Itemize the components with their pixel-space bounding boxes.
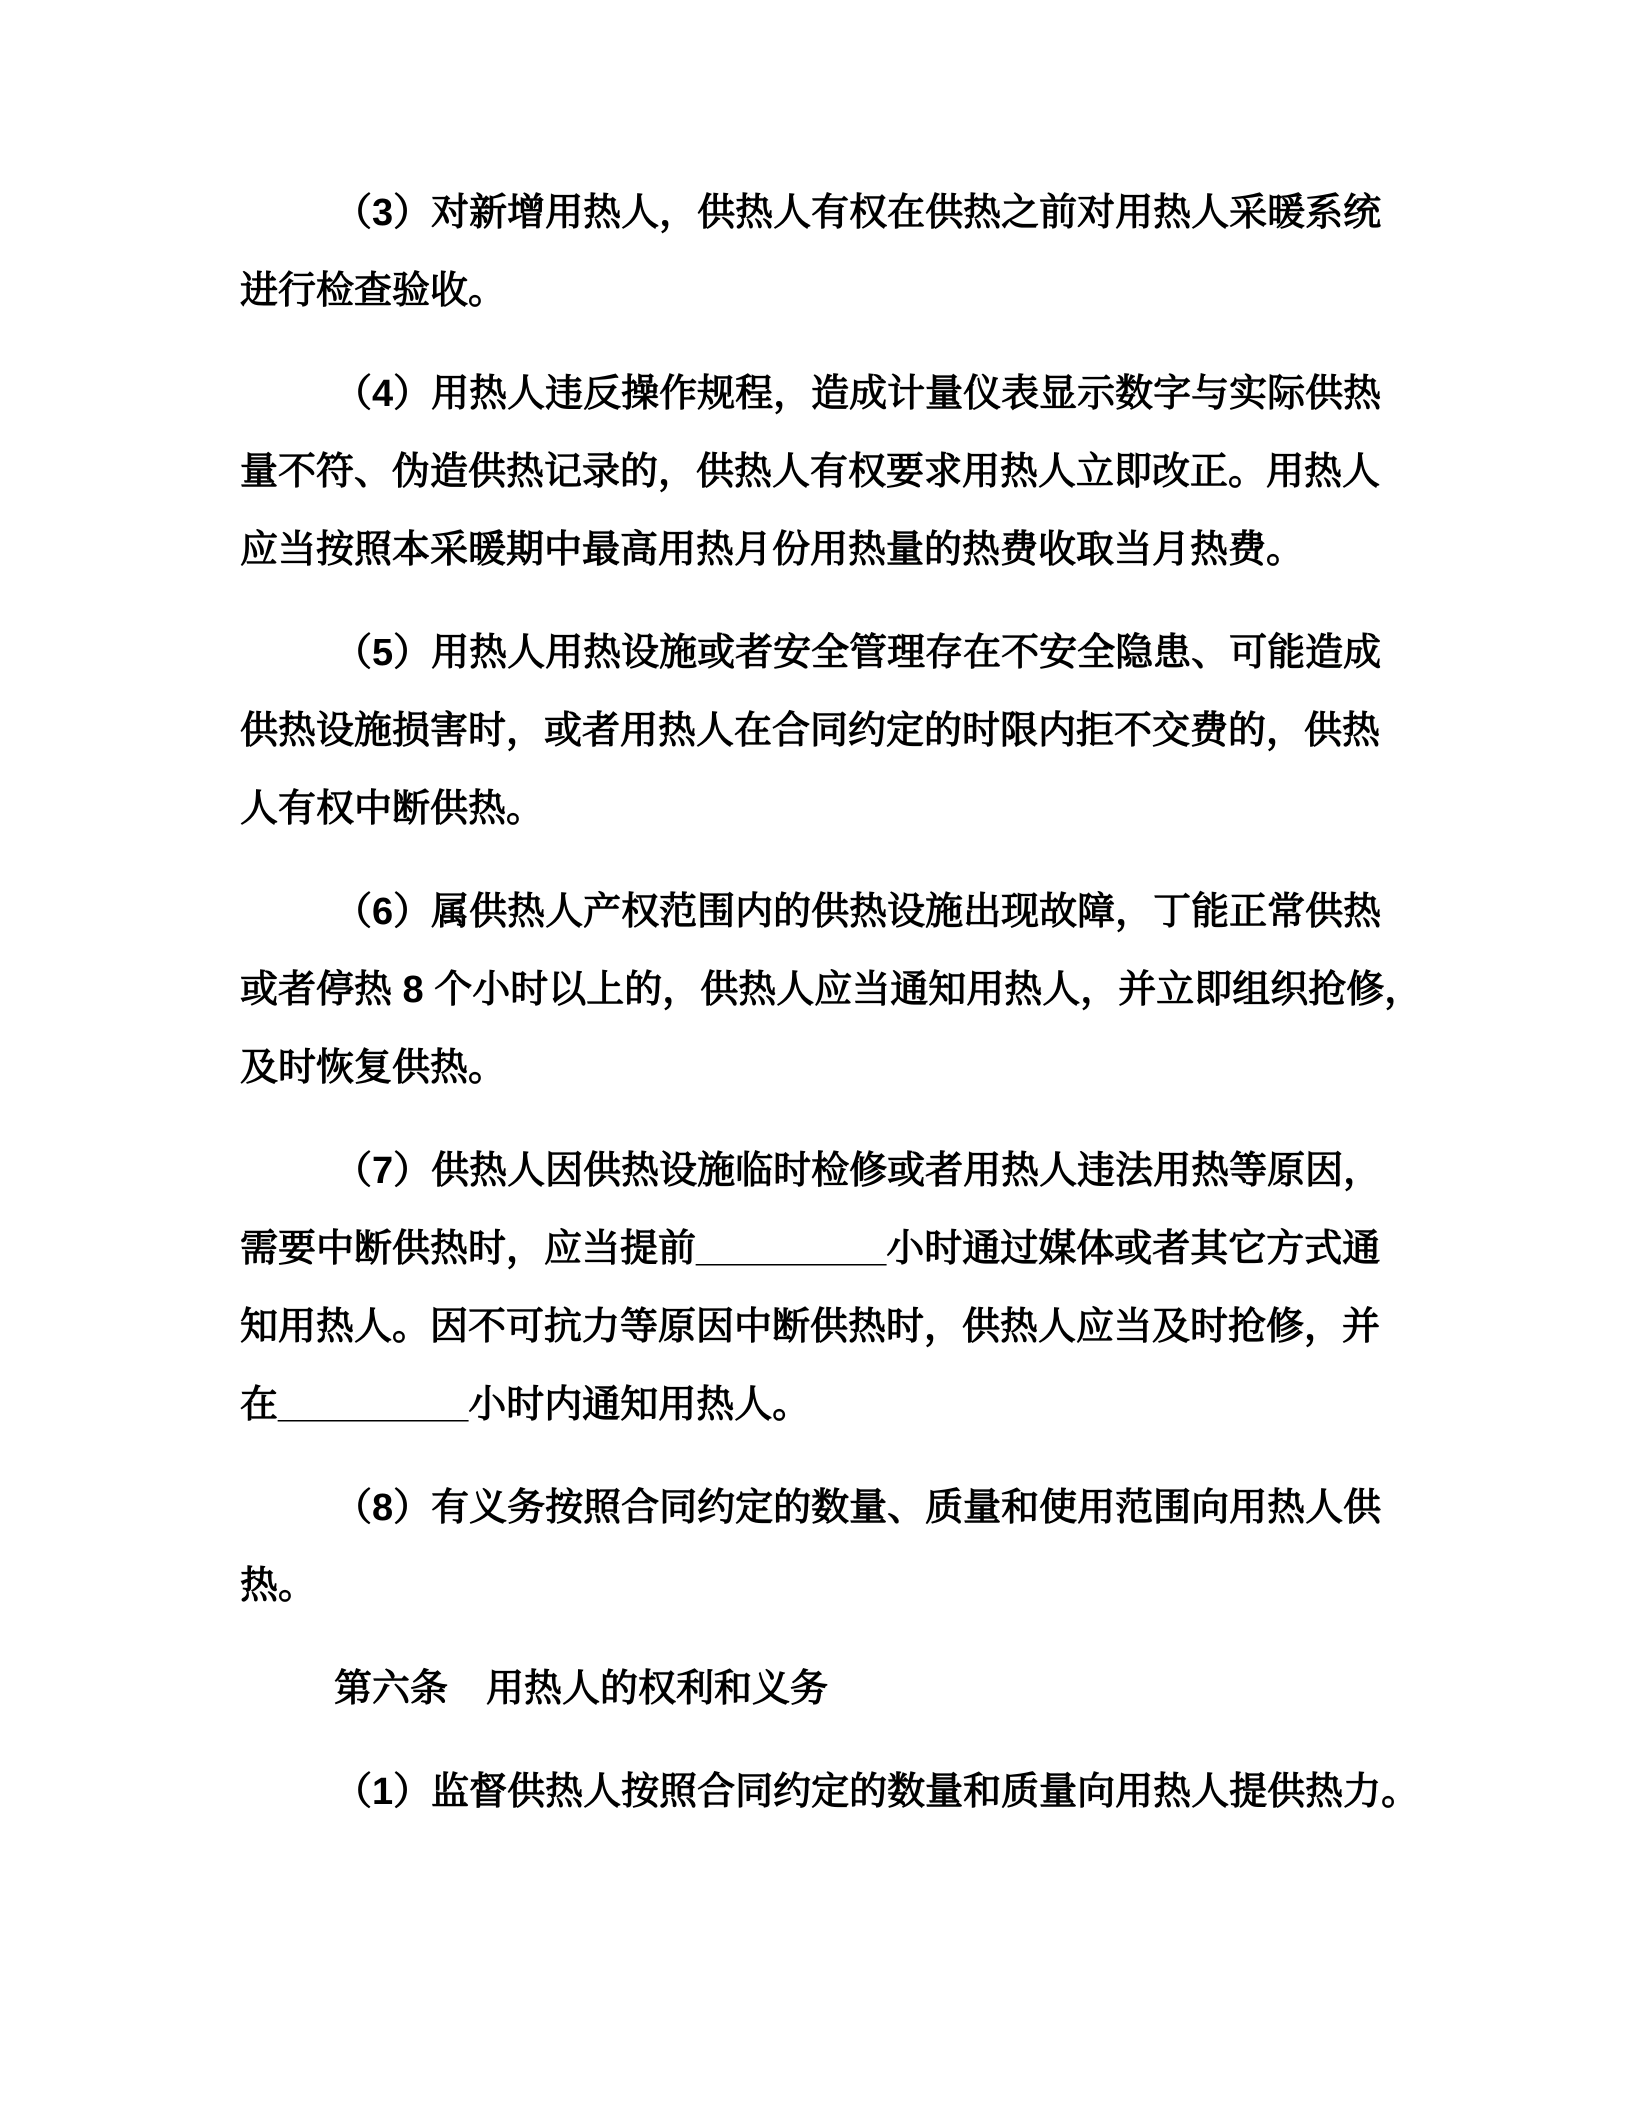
- clause-7-line-3: 知用热人。因不可抗力等原因中断供热时，供热人应当及时抢修，并: [240, 1288, 1372, 1366]
- clause-3-line-2: 进行检查验收。: [240, 252, 1372, 330]
- clause-6-paragraph: （6）属供热人产权范围内的供热设施出现故障，丁能正常供热 或者停热 8 个小时以…: [240, 873, 1372, 1107]
- document-page: （3）对新增用热人，供热人有权在供热之前对用热人采暖系统 进行检查验收。 （4）…: [0, 0, 1632, 2112]
- clause-5-line-1: （5）用热人用热设施或者安全管理存在不安全隐患、可能造成: [240, 614, 1372, 692]
- clause-1-paragraph: （1）监督供热人按照合同约定的数量和质量向用热人提供热力。: [240, 1753, 1372, 1831]
- clause-7-line-2: 需要中断供热时，应当提前_________小时通过媒体或者其它方式通: [240, 1210, 1372, 1288]
- clause-3-paragraph: （3）对新增用热人，供热人有权在供热之前对用热人采暖系统 进行检查验收。: [240, 174, 1372, 330]
- clause-8-line-2: 热。: [240, 1547, 1372, 1625]
- clause-3-line-1: （3）对新增用热人，供热人有权在供热之前对用热人采暖系统: [240, 174, 1372, 252]
- clause-8-paragraph: （8）有义务按照合同约定的数量、质量和使用范围向用热人供 热。: [240, 1469, 1372, 1625]
- clause-5-line-3: 人有权中断供热。: [240, 770, 1372, 848]
- clause-7-line-1: （7）供热人因供热设施临时检修或者用热人违法用热等原因，: [240, 1132, 1372, 1210]
- clause-4-line-2: 量不符、伪造供热记录的，供热人有权要求用热人立即改正。用热人: [240, 433, 1372, 511]
- article-6-heading-line: 第六条 用热人的权利和义务: [240, 1650, 1372, 1728]
- clause-7-paragraph: （7）供热人因供热设施临时检修或者用热人违法用热等原因， 需要中断供热时，应当提…: [240, 1132, 1372, 1444]
- clause-6-line-3: 及时恢复供热。: [240, 1029, 1372, 1107]
- clause-8-line-1: （8）有义务按照合同约定的数量、质量和使用范围向用热人供: [240, 1469, 1372, 1547]
- clause-1-line-1: （1）监督供热人按照合同约定的数量和质量向用热人提供热力。: [240, 1753, 1372, 1831]
- clause-6-line-2: 或者停热 8 个小时以上的，供热人应当通知用热人，并立即组织抢修，: [240, 951, 1372, 1029]
- article-6-heading: 第六条 用热人的权利和义务: [240, 1650, 1372, 1728]
- clause-6-line-1: （6）属供热人产权范围内的供热设施出现故障，丁能正常供热: [240, 873, 1372, 951]
- clause-5-paragraph: （5）用热人用热设施或者安全管理存在不安全隐患、可能造成 供热设施损害时，或者用…: [240, 614, 1372, 848]
- clause-4-line-3: 应当按照本采暖期中最高用热月份用热量的热费收取当月热费。: [240, 511, 1372, 589]
- clause-5-line-2: 供热设施损害时，或者用热人在合同约定的时限内拒不交费的，供热: [240, 692, 1372, 770]
- clause-4-paragraph: （4）用热人违反操作规程，造成计量仪表显示数字与实际供热 量不符、伪造供热记录的…: [240, 355, 1372, 589]
- clause-7-line-4: 在_________小时内通知用热人。: [240, 1366, 1372, 1444]
- clause-4-line-1: （4）用热人违反操作规程，造成计量仪表显示数字与实际供热: [240, 355, 1372, 433]
